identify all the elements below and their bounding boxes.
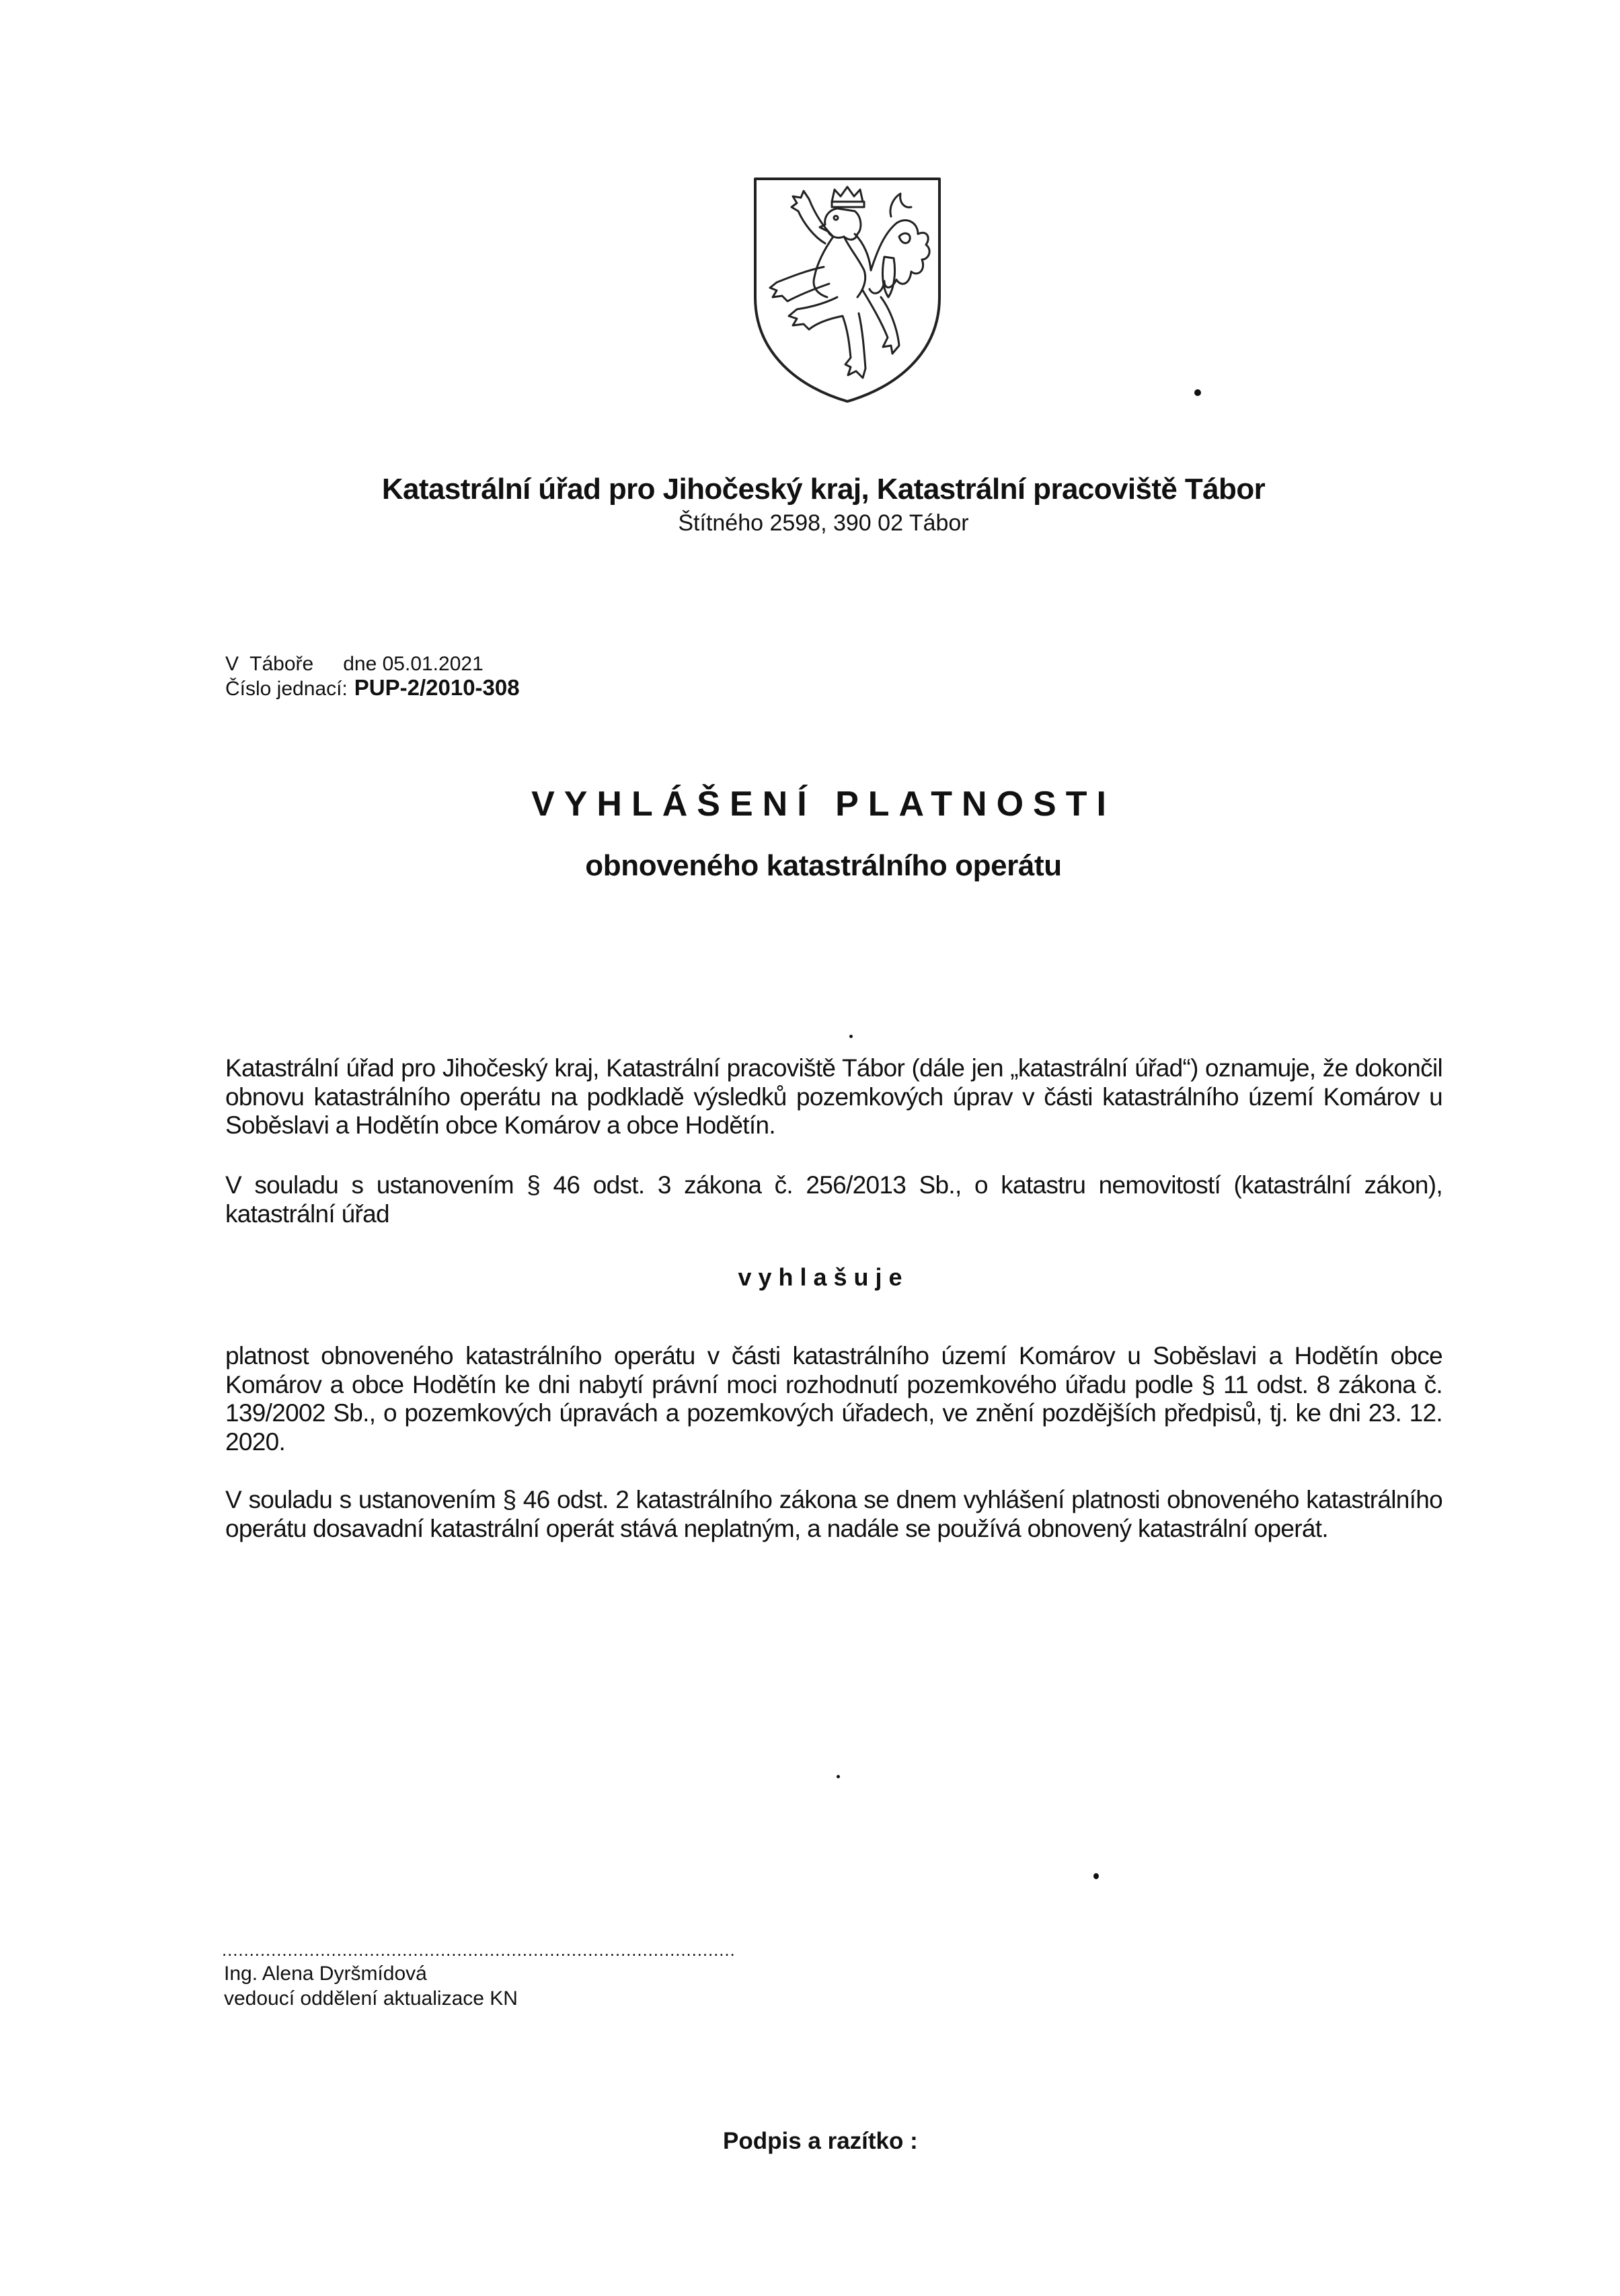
scan-speck: [1194, 389, 1201, 396]
organization-name: Katastrální úřad pro Jihočeský kraj, Kat…: [0, 472, 1620, 507]
signature-line: ........................................…: [222, 1940, 760, 1960]
place-date-line: V Táboředne 05.01.2021: [225, 652, 484, 676]
signatory-role: vedoucí oddělení aktualizace KN: [224, 1987, 518, 2011]
organization-address: Štítného 2598, 390 02 Tábor: [0, 510, 1620, 537]
date-label: dne: [343, 653, 377, 675]
scan-speck: [837, 1775, 840, 1778]
place: V Táboře: [225, 653, 313, 675]
coat-of-arms-icon: [750, 169, 945, 405]
scan-speck: [849, 1035, 853, 1038]
reference-line: Číslo jednací:PUP-2/2010-308: [225, 676, 520, 701]
paragraph-effect: V souladu s ustanovením § 46 odst. 2 kat…: [225, 1486, 1442, 1543]
reference-label: Číslo jednací:: [225, 678, 348, 700]
paragraph-legal-basis: V souladu s ustanovením § 46 odst. 3 zák…: [225, 1171, 1442, 1228]
reference-number: PUP-2/2010-308: [354, 675, 520, 700]
document-subtitle: obnoveného katastrálního operátu: [0, 848, 1620, 883]
paragraph-validity: platnost obnoveného katastrálního operát…: [225, 1342, 1442, 1456]
declaration-heading: vyhlašuje: [0, 1263, 1620, 1292]
signature-stamp-label: Podpis a razítko :: [723, 2127, 918, 2155]
signatory-name: Ing. Alena Dyršmídová: [224, 1962, 427, 1986]
document-title: VYHLÁŠENÍ PLATNOSTI: [0, 784, 1620, 824]
paragraph-announcement: Katastrální úřad pro Jihočeský kraj, Kat…: [225, 1054, 1442, 1140]
scan-speck: [1093, 1873, 1099, 1879]
date-value: 05.01.2021: [383, 653, 484, 675]
